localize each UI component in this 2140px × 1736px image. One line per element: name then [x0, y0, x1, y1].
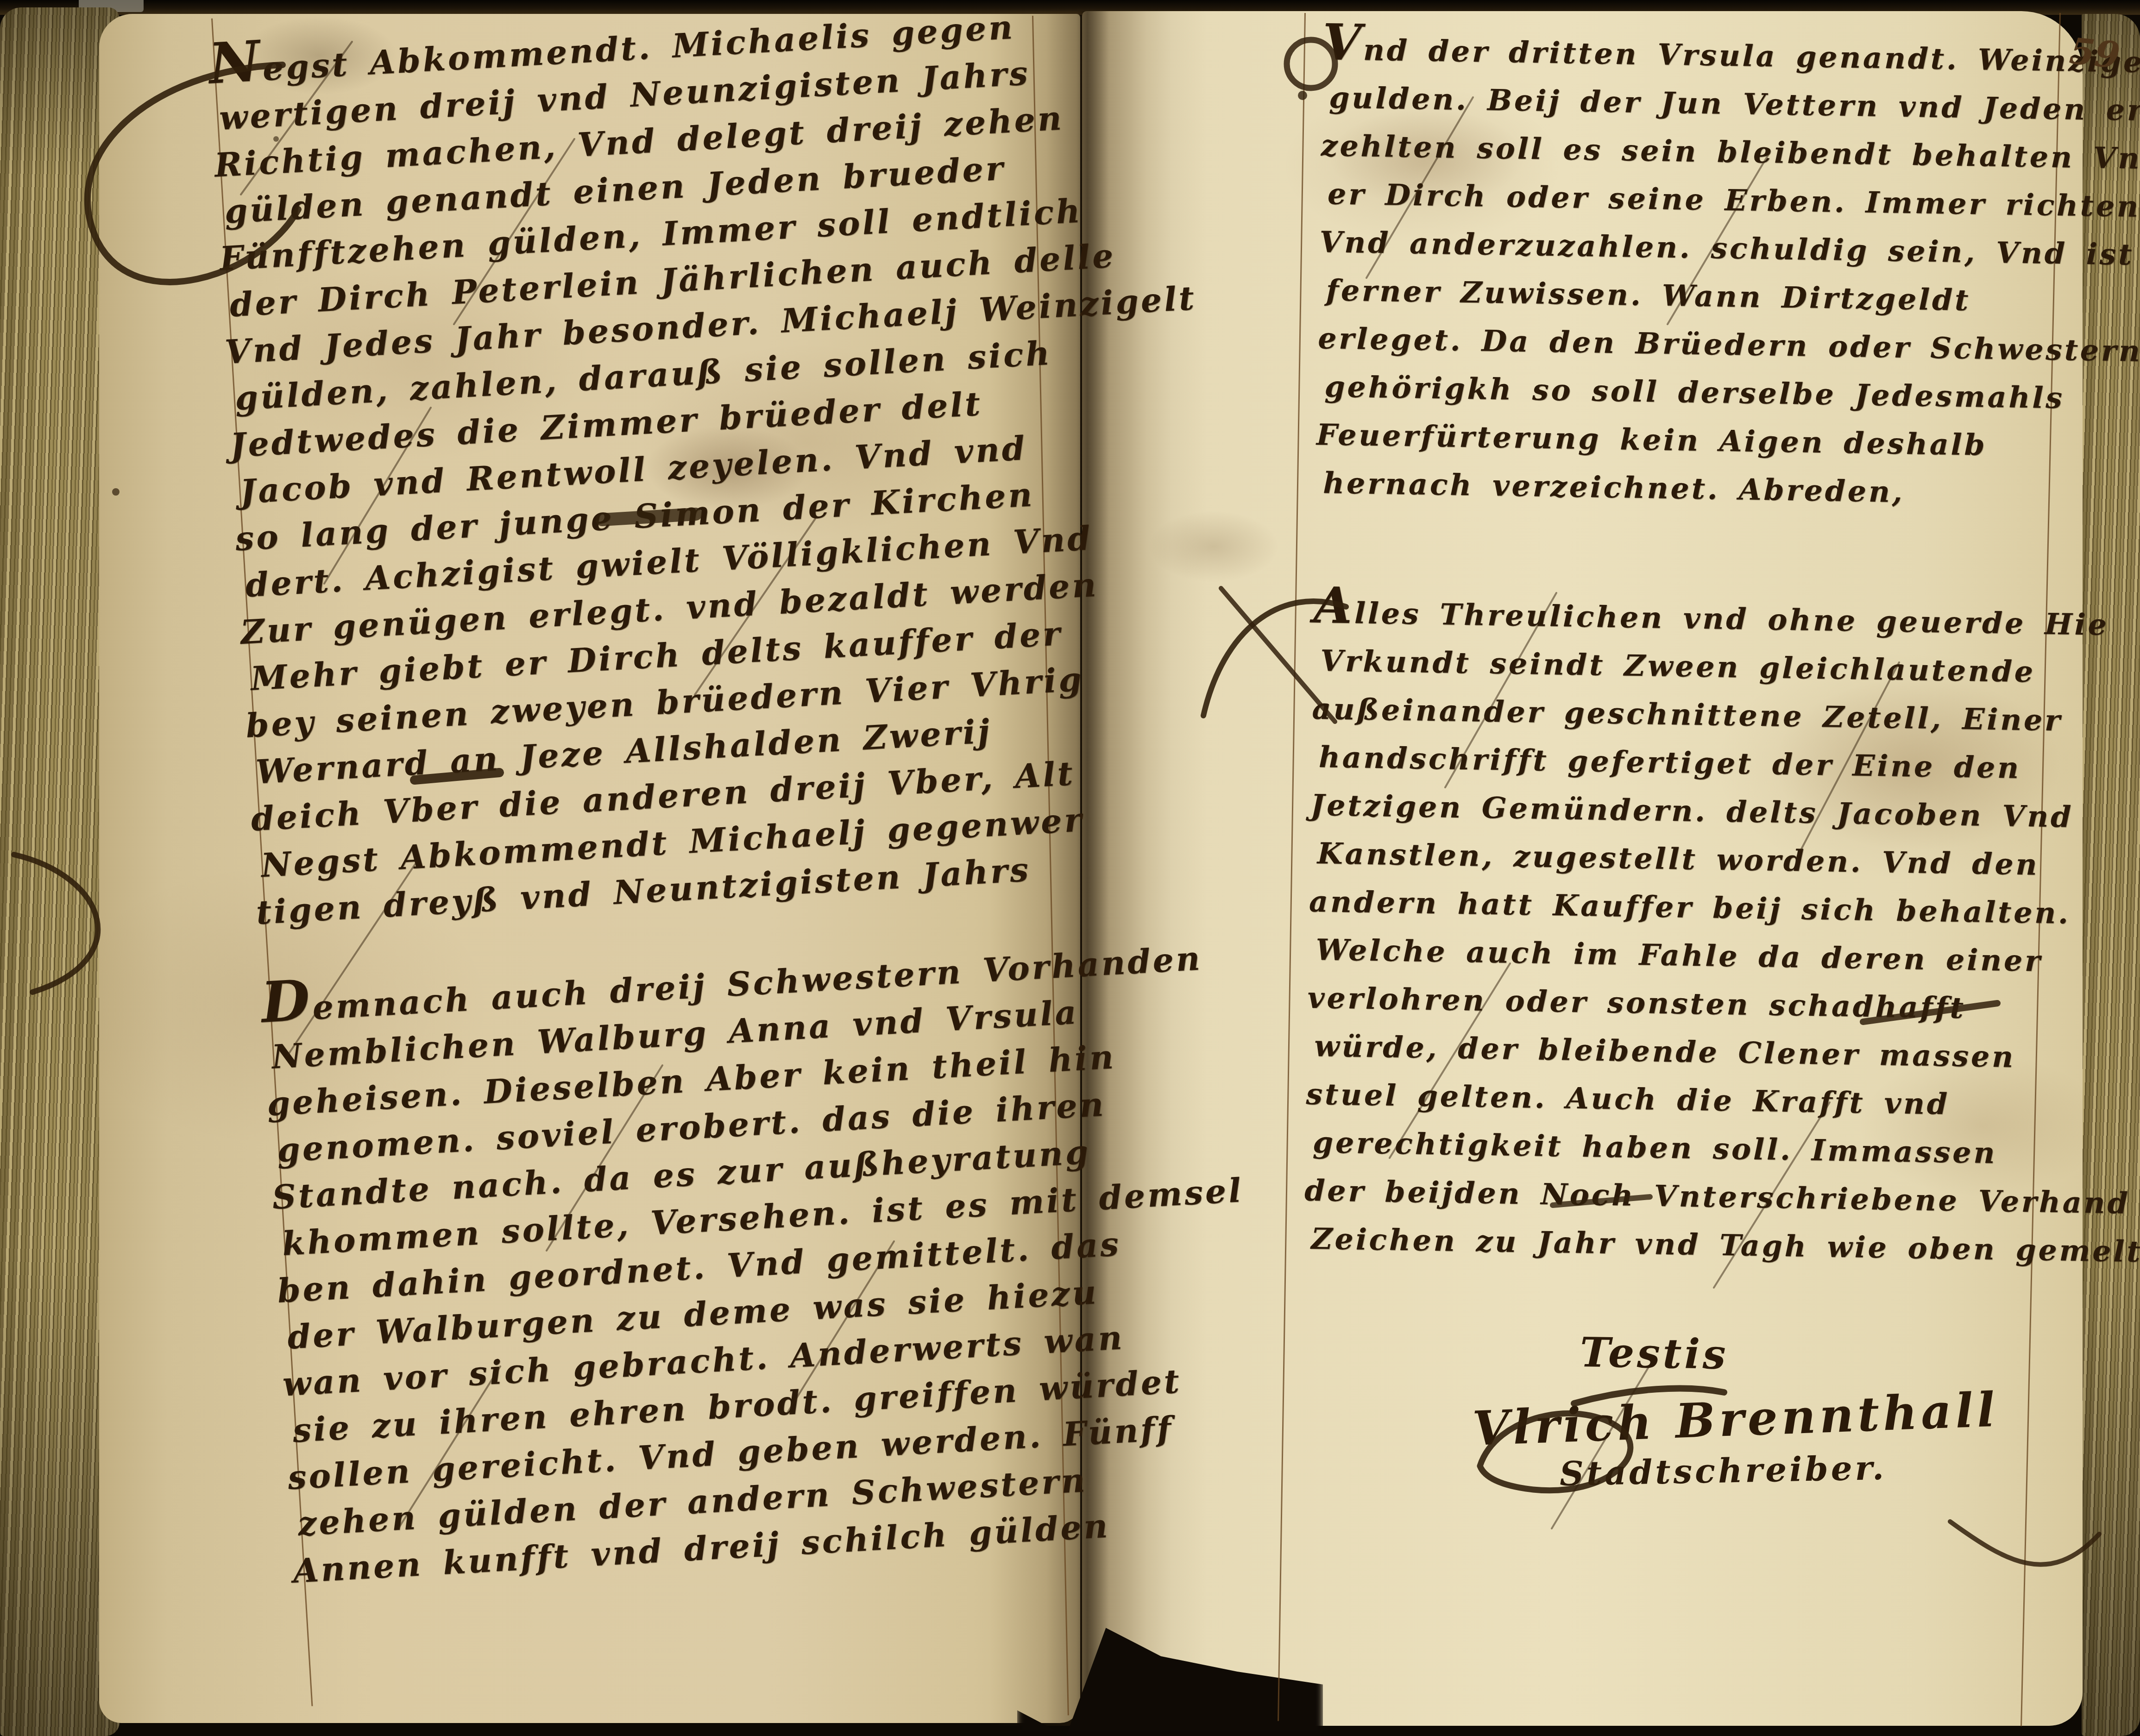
scribe-title: Stadtschreiber.	[1559, 1441, 2033, 1498]
attestation-word: Testis	[1580, 1328, 2034, 1383]
folio-number: 59	[2068, 30, 2122, 77]
left-paragraph-1: Negst Abkommendt. Michaelis gegenwertige…	[208, 0, 1108, 936]
manuscript-book-photo: Negst Abkommendt. Michaelis gegenwertige…	[0, 0, 2140, 1736]
right-page-stack-edge	[2082, 14, 2140, 1736]
left-page-text-block: Negst Abkommendt. Michaelis gegenwertige…	[208, 0, 1146, 1595]
right-page-text-block: Vnd der dritten Vrsula genandt. Weinzige…	[1300, 21, 2054, 1497]
left-paragraph-2: Demnach auch dreij Schwestern VorhandenN…	[260, 932, 1145, 1595]
right-paragraph-2: Alles Threulichen vnd ohne geuerde HieVr…	[1303, 585, 2046, 1274]
right-paragraph-1: Vnd der dritten Vrsula genandt. Weinzige…	[1315, 21, 2055, 518]
